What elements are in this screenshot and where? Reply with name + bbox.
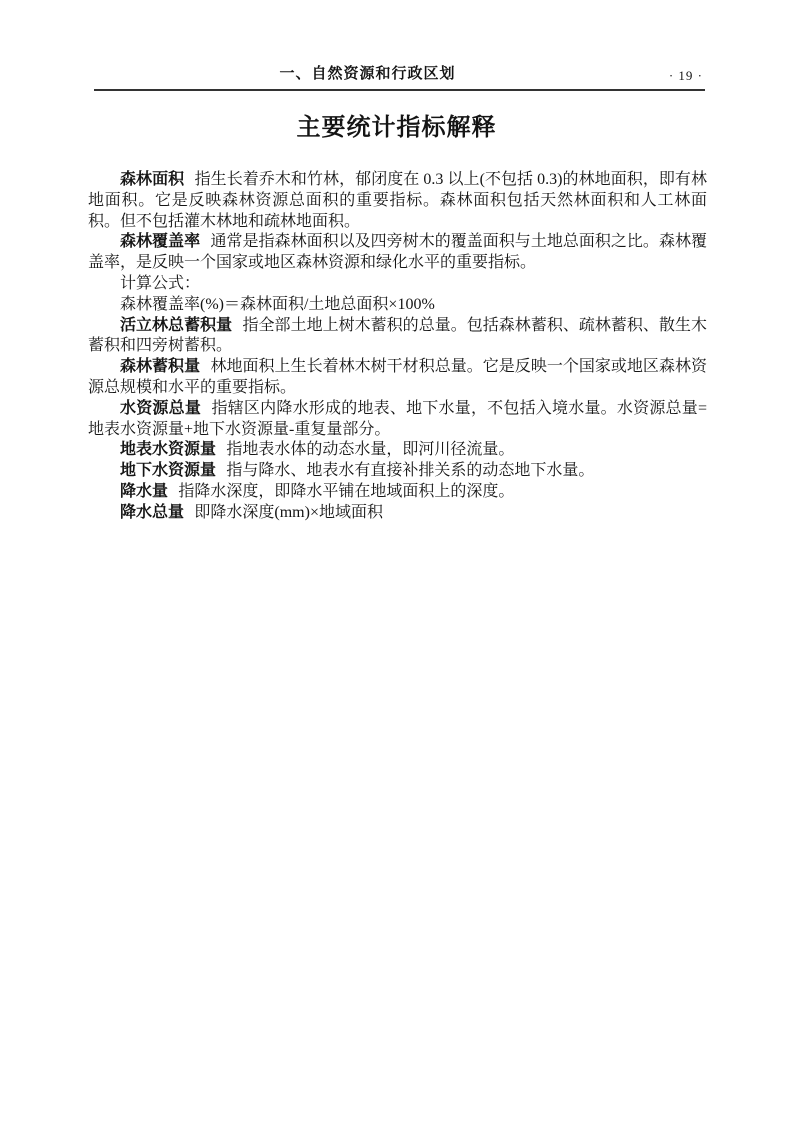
definition-text: 指降水深度，即降水平铺在地域面积上的深度。 xyxy=(178,483,514,500)
definition-text: 指地表水体的动态水量，即河川径流量。 xyxy=(226,441,514,458)
term-label: 森林覆盖率 xyxy=(120,233,200,250)
term-label: 森林面积 xyxy=(120,171,184,188)
definition-paragraph: 森林蓄积量林地面积上生长着林木树干材积总量。它是反映一个国家或地区森林资源总规模… xyxy=(88,357,707,399)
definition-paragraph: 森林覆盖率(%)＝森林面积/土地总面积×100% xyxy=(88,295,707,316)
term-label: 水资源总量 xyxy=(120,400,201,417)
definition-paragraph: 计算公式： xyxy=(88,274,707,295)
definitions-body: 森林面积指生长着乔木和竹林，郁闭度在 0.3 以上(不包括 0.3)的林地面积，… xyxy=(88,170,707,524)
definition-paragraph: 降水量指降水深度，即降水平铺在地域面积上的深度。 xyxy=(88,482,707,503)
definition-text: 森林覆盖率(%)＝森林面积/土地总面积×100% xyxy=(120,296,435,313)
term-label: 活立林总蓄积量 xyxy=(120,317,232,334)
definition-paragraph: 森林覆盖率通常是指森林面积以及四旁树木的覆盖面积与土地总面积之比。森林覆盖率，是… xyxy=(88,232,707,274)
definition-text: 计算公式： xyxy=(120,275,200,292)
document-page: 一、自然资源和行政区划 · 19 · 主要统计指标解释 森林面积指生长着乔木和竹… xyxy=(0,0,793,1122)
term-label: 降水量 xyxy=(120,483,168,500)
term-label: 地下水资源量 xyxy=(120,462,216,479)
definition-text: 即降水深度(mm)×地域面积 xyxy=(194,504,383,521)
definition-paragraph: 地表水资源量指地表水体的动态水量，即河川径流量。 xyxy=(88,440,707,461)
page-number: · 19 · xyxy=(669,68,703,84)
definition-text: 指与降水、地表水有直接补排关系的动态地下水量。 xyxy=(226,462,594,479)
definition-paragraph: 降水总量即降水深度(mm)×地域面积 xyxy=(88,503,707,524)
definition-paragraph: 地下水资源量指与降水、地表水有直接补排关系的动态地下水量。 xyxy=(88,461,707,482)
page-title: 主要统计指标解释 xyxy=(0,113,793,143)
term-label: 地表水资源量 xyxy=(120,441,216,458)
running-header: 一、自然资源和行政区划 · 19 · xyxy=(94,64,705,91)
definition-paragraph: 森林面积指生长着乔木和竹林，郁闭度在 0.3 以上(不包括 0.3)的林地面积，… xyxy=(88,170,707,232)
term-label: 森林蓄积量 xyxy=(120,358,200,375)
section-title: 一、自然资源和行政区划 xyxy=(279,64,455,84)
term-label: 降水总量 xyxy=(120,504,184,521)
definition-paragraph: 活立林总蓄积量指全部土地上树木蓄积的总量。包括森林蓄积、疏林蓄积、散生木蓄积和四… xyxy=(88,316,707,358)
definition-paragraph: 水资源总量指辖区内降水形成的地表、地下水量，不包括入境水量。水资源总量=地表水资… xyxy=(88,399,707,441)
